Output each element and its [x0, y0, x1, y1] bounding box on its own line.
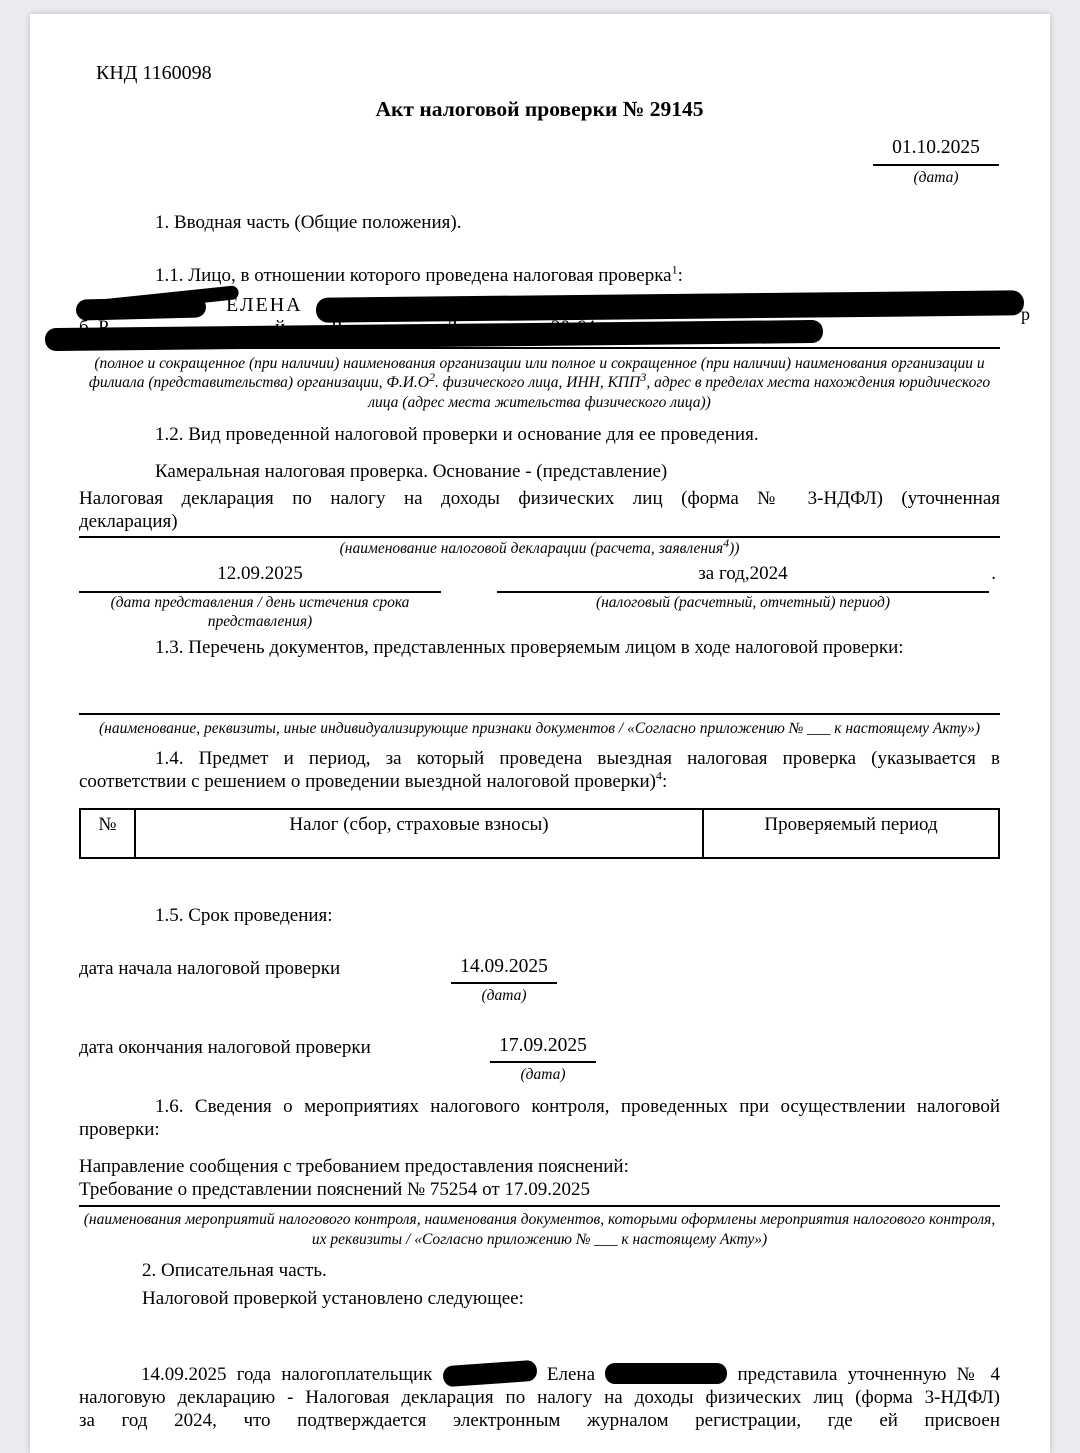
audit-subject-table: № Налог (сбор, страховые взносы) Проверя… [79, 808, 1000, 859]
declaration-name-block: Налоговая декларация по налогу на доходы… [79, 487, 1000, 538]
redaction-bar [316, 290, 1024, 322]
trailing-period: . [991, 562, 1000, 585]
declaration-name-line1: Налоговая декларация по налогу на доходы… [79, 487, 1000, 510]
section-1-4-line2: соответствии с решением о проведении вые… [79, 770, 1000, 793]
redaction-bar [442, 1360, 537, 1388]
caption-text: . физического лица, ИНН, КПП [435, 374, 640, 391]
section-2-heading: 2. Описательная часть. [79, 1259, 1000, 1282]
section-1-1-heading: 1.1. Лицо, в отношении которого проведен… [79, 264, 1000, 287]
control-measures-line1: Направление сообщения с требованием пред… [79, 1155, 1000, 1178]
taxpayer-first-name: ЕЛЕНА [226, 294, 303, 317]
section-1-1-caption: (полное и сокращенное (при наличии) наим… [87, 354, 992, 413]
audit-end-date-block: 17.09.2025 (дата) [465, 1034, 621, 1085]
document-date-block: 01.10.2025 (дата) [873, 136, 999, 188]
submission-date-caption-line1: (дата представления / день истечения сро… [79, 593, 441, 613]
audit-type-line: Камеральная налоговая проверка. Основани… [79, 460, 1000, 483]
document-page: КНД 1160098 Акт налоговой проверки № 291… [30, 14, 1050, 1453]
redacted-address-line: б. Р й Р Д 20-64 [79, 319, 1000, 346]
audit-start-date-caption: (дата) [426, 986, 582, 1006]
audit-end-date-caption: (дата) [465, 1065, 621, 1085]
redaction-bar [45, 319, 823, 350]
section-1-2-heading: 1.2. Вид проведенной налоговой проверки … [79, 423, 1000, 446]
section-1-4-line1: 1.4. Предмет и период, за который провед… [79, 747, 1000, 770]
tax-period-value: за год,2024 [497, 562, 989, 593]
section-1-5-heading: 1.5. Срок проведения: [79, 904, 1000, 927]
audit-end-date-label: дата окончания налоговой проверки [79, 1036, 465, 1059]
descriptive-paragraph-line1: 14.09.2025 года налогоплательщик Елена п… [79, 1363, 1000, 1386]
caption-text: )) [729, 540, 739, 557]
audit-end-date-row: дата окончания налоговой проверки 17.09.… [79, 1036, 1000, 1085]
audit-start-date-value: 14.09.2025 [451, 955, 557, 984]
section-2-intro-line: Налоговой проверкой установлено следующе… [79, 1287, 1000, 1310]
section-1-6-line1: 1.6. Сведения о мероприятиях налогового … [79, 1095, 1000, 1118]
tax-period-block: за год,2024 (налоговый (расчетный, отчет… [497, 562, 989, 613]
descriptive-paragraph-line2: налоговую декларацию - Налоговая деклара… [79, 1386, 1000, 1409]
document-canvas: КНД 1160098 Акт налоговой проверки № 291… [0, 0, 1080, 1453]
section-1-6-line2: проверки: [79, 1118, 1000, 1141]
descriptive-paragraph: 14.09.2025 года налогоплательщик Елена п… [79, 1363, 1000, 1432]
caption-text: (наименование налоговой декларации (расч… [340, 540, 723, 557]
audit-start-date-label: дата начала налоговой проверки [79, 957, 426, 980]
redacted-taxpayer-block: ЕЛЕНА р б. Р й Р Д 20-64 [79, 292, 1000, 349]
paragraph-text: 14.09.2025 года налогоплательщик [141, 1364, 432, 1385]
blank-fill-line [79, 659, 1000, 715]
descriptive-paragraph-line3: за год 2024, что подтверждается электрон… [79, 1409, 1000, 1432]
section-1-3-heading: 1.3. Перечень документов, представленных… [79, 636, 1000, 659]
document-date-caption: (дата) [873, 166, 999, 188]
section-1-4-line2-text: соответствии с решением о проведении вые… [79, 771, 656, 792]
document-date-value: 01.10.2025 [873, 136, 999, 166]
table-header-tax: Налог (сбор, страховые взносы) [135, 809, 703, 858]
section-1-1-heading-text: 1.1. Лицо, в отношении которого проведен… [155, 265, 672, 286]
redaction-bar [605, 1363, 727, 1384]
submission-date-block: 12.09.2025 (дата представления / день ис… [79, 562, 441, 632]
audit-end-date-value: 17.09.2025 [490, 1034, 596, 1063]
submission-dates-row: 12.09.2025 (дата представления / день ис… [79, 562, 1000, 632]
submission-date-value: 12.09.2025 [79, 562, 441, 593]
section-1-6-caption: (наименования мероприятий налогового кон… [80, 1210, 1000, 1249]
table-header-period: Проверяемый период [703, 809, 999, 858]
taxpayer-first-name: Елена [547, 1364, 595, 1385]
submission-date-caption-line2: представления) [79, 612, 441, 632]
audit-start-date-row: дата начала налоговой проверки 14.09.202… [79, 957, 1000, 1006]
declaration-name-line2: декларация) [79, 510, 1000, 533]
declaration-caption: (наименование налоговой декларации (расч… [79, 539, 1000, 559]
section-1-1-heading-tail: : [678, 265, 683, 286]
tax-period-caption: (налоговый (расчетный, отчетный) период) [497, 593, 989, 613]
section-1-4-heading: 1.4. Предмет и период, за который провед… [79, 747, 1000, 793]
document-title: Акт налоговой проверки № 29145 [79, 98, 1000, 121]
section-1-6-heading: 1.6. Сведения о мероприятиях налогового … [79, 1095, 1000, 1141]
control-measures-line2: Требование о представлении пояснений № 7… [79, 1178, 1000, 1207]
knd-code: КНД 1160098 [96, 62, 1000, 85]
section-1-3-caption: (наименование, реквизиты, иные индивидуа… [90, 719, 990, 739]
table-header-number: № [80, 809, 135, 858]
redacted-text-fragment: р [1021, 303, 1030, 326]
paragraph-text: представила уточненную № 4 [737, 1364, 1000, 1385]
audit-start-date-block: 14.09.2025 (дата) [426, 955, 582, 1006]
table-header-row: № Налог (сбор, страховые взносы) Проверя… [80, 809, 999, 858]
section-1-4-line2-tail: : [662, 771, 667, 792]
section-1-heading: 1. Вводная часть (Общие положения). [79, 211, 1000, 234]
